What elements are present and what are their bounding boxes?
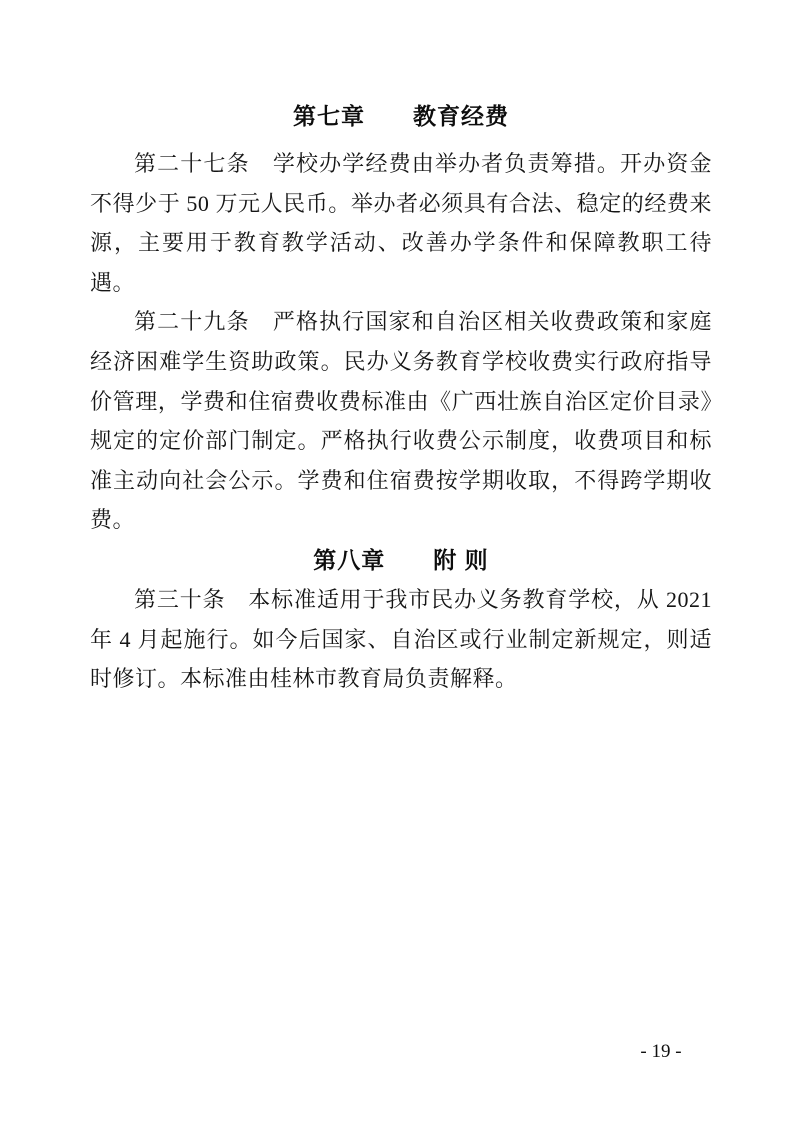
page-number: - 19 - <box>630 1040 692 1064</box>
document-page: 第七章 教育经费 第二十七条 学校办学经费由举办者负责筹措。开办资金不得少于 5… <box>0 0 800 1131</box>
chapter-8-heading: 第八章 附 则 <box>90 540 712 580</box>
chapter-7-heading: 第七章 教育经费 <box>90 96 712 136</box>
page-content: 第七章 教育经费 第二十七条 学校办学经费由举办者负责筹措。开办资金不得少于 5… <box>90 96 712 699</box>
article-29-paragraph: 第二十九条 严格执行国家和自治区相关收费政策和家庭经济困难学生资助政策。民办义务… <box>90 302 712 540</box>
article-27-paragraph: 第二十七条 学校办学经费由举办者负责筹措。开办资金不得少于 50 万元人民币。举… <box>90 144 712 302</box>
article-30-paragraph: 第三十条 本标准适用于我市民办义务教育学校，从 2021 年 4 月起施行。如今… <box>90 580 712 699</box>
